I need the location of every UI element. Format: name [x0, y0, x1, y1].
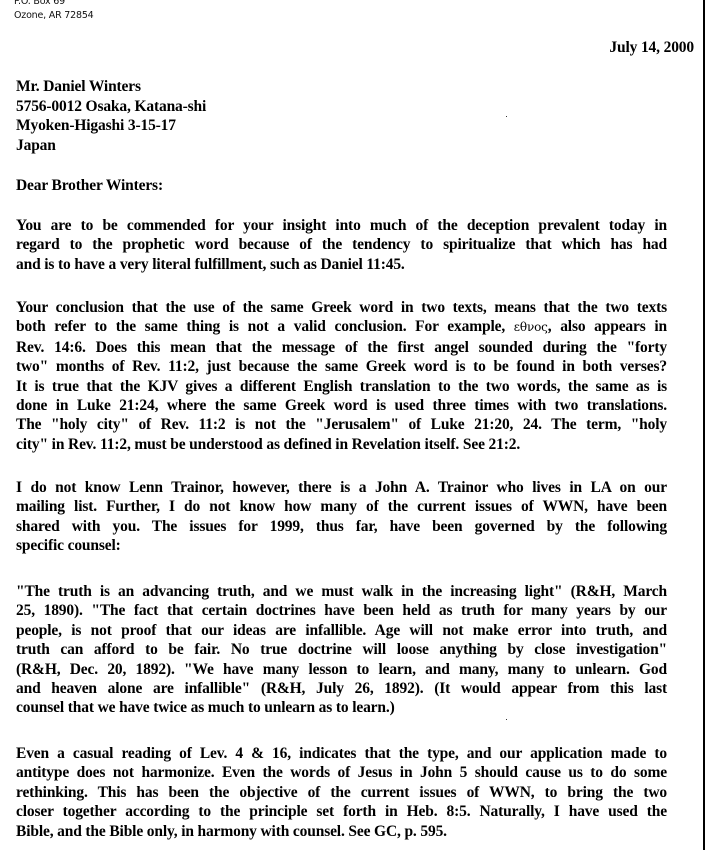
- paragraph-line: people, is not proof that our ideas are …: [16, 621, 667, 640]
- paragraph-line: (R&H, Dec. 20, 1892). "We have many less…: [16, 660, 667, 679]
- paragraph-line: Your conclusion that the use of the same…: [16, 298, 667, 317]
- letterhead-line: Ozone, AR 72854: [14, 9, 94, 23]
- recipient-address-line: 5756-0012 Osaka, Katana-shi: [16, 97, 206, 117]
- scan-speck: [506, 116, 507, 117]
- paragraph-line: "The truth is an advancing truth, and we…: [16, 582, 667, 601]
- paragraph-line: shared with you. The issues for 1999, th…: [16, 517, 667, 536]
- page-edge-rule: [703, 0, 705, 850]
- paragraph-trainor: I do not know Lenn Trainor, however, the…: [16, 478, 667, 556]
- paragraph-line: city" in Rev. 11:2, must be understood a…: [16, 435, 667, 454]
- paragraph-greek-word: Your conclusion that the use of the same…: [16, 298, 667, 454]
- line-text: both refer to the same thing is not a va…: [16, 318, 514, 335]
- paragraph-quotations: "The truth is an advancing truth, and we…: [16, 582, 667, 718]
- paragraph-line: You are to be commended for your insight…: [16, 216, 667, 235]
- salutation: Dear Brother Winters:: [16, 177, 163, 195]
- recipient-country: Japan: [16, 136, 206, 156]
- letterhead-address: P.O. Box 69 Ozone, AR 72854: [14, 0, 94, 23]
- paragraph-line: Rev. 14:6. Does this mean that the messa…: [16, 338, 667, 357]
- paragraph-line: The "holy city" of Rev. 11:2 is not the …: [16, 415, 667, 434]
- recipient-name: Mr. Daniel Winters: [16, 77, 206, 97]
- paragraph-line: counsel that we have twice as much to un…: [16, 698, 667, 717]
- line-text: , also appears in: [548, 318, 667, 335]
- paragraph-leviticus: Even a casual reading of Lev. 4 & 16, in…: [16, 744, 667, 841]
- recipient-address-block: Mr. Daniel Winters 5756-0012 Osaka, Kata…: [16, 77, 206, 155]
- paragraph-line: Bible, and the Bible only, in harmony wi…: [16, 822, 667, 841]
- paragraph-line: mailing list. Further, I do not know how…: [16, 497, 667, 516]
- greek-word: εθνος: [514, 320, 548, 334]
- paragraph-line: antitype does not harmonize. Even the wo…: [16, 763, 667, 782]
- paragraph-line: truth can afford to be fair. No true doc…: [16, 640, 667, 659]
- paragraph-line: two" months of Rev. 11:2, just because t…: [16, 357, 667, 376]
- paragraph-line: 25, 1890). "The fact that certain doctri…: [16, 601, 667, 620]
- paragraph-line-with-greek: both refer to the same thing is not a va…: [16, 317, 667, 337]
- paragraph-line: rethinking. This has been the objective …: [16, 783, 667, 802]
- paragraph-line: Even a casual reading of Lev. 4 & 16, in…: [16, 744, 667, 763]
- paragraph-line: regard to the prophetic word because of …: [16, 235, 667, 254]
- scan-speck: [506, 719, 507, 720]
- letter-date: July 14, 2000: [609, 39, 694, 57]
- paragraph-line: and heaven alone are infallible" (R&H, J…: [16, 679, 667, 698]
- paragraph-line: It is true that the KJV gives a differen…: [16, 377, 667, 396]
- recipient-address-line: Myoken-Higashi 3-15-17: [16, 116, 206, 136]
- paragraph-line: specific counsel:: [16, 536, 667, 555]
- paragraph-line: done in Luke 21:24, where the same Greek…: [16, 396, 667, 415]
- paragraph-line: I do not know Lenn Trainor, however, the…: [16, 478, 667, 497]
- letterhead-line: P.O. Box 69: [14, 0, 94, 9]
- paragraph-line: and is to have a very literal fulfillmen…: [16, 255, 667, 274]
- paragraph-line: closer together according to the princip…: [16, 802, 667, 821]
- letter-page: P.O. Box 69 Ozone, AR 72854 July 14, 200…: [0, 0, 706, 850]
- paragraph-commendation: You are to be commended for your insight…: [16, 216, 667, 274]
